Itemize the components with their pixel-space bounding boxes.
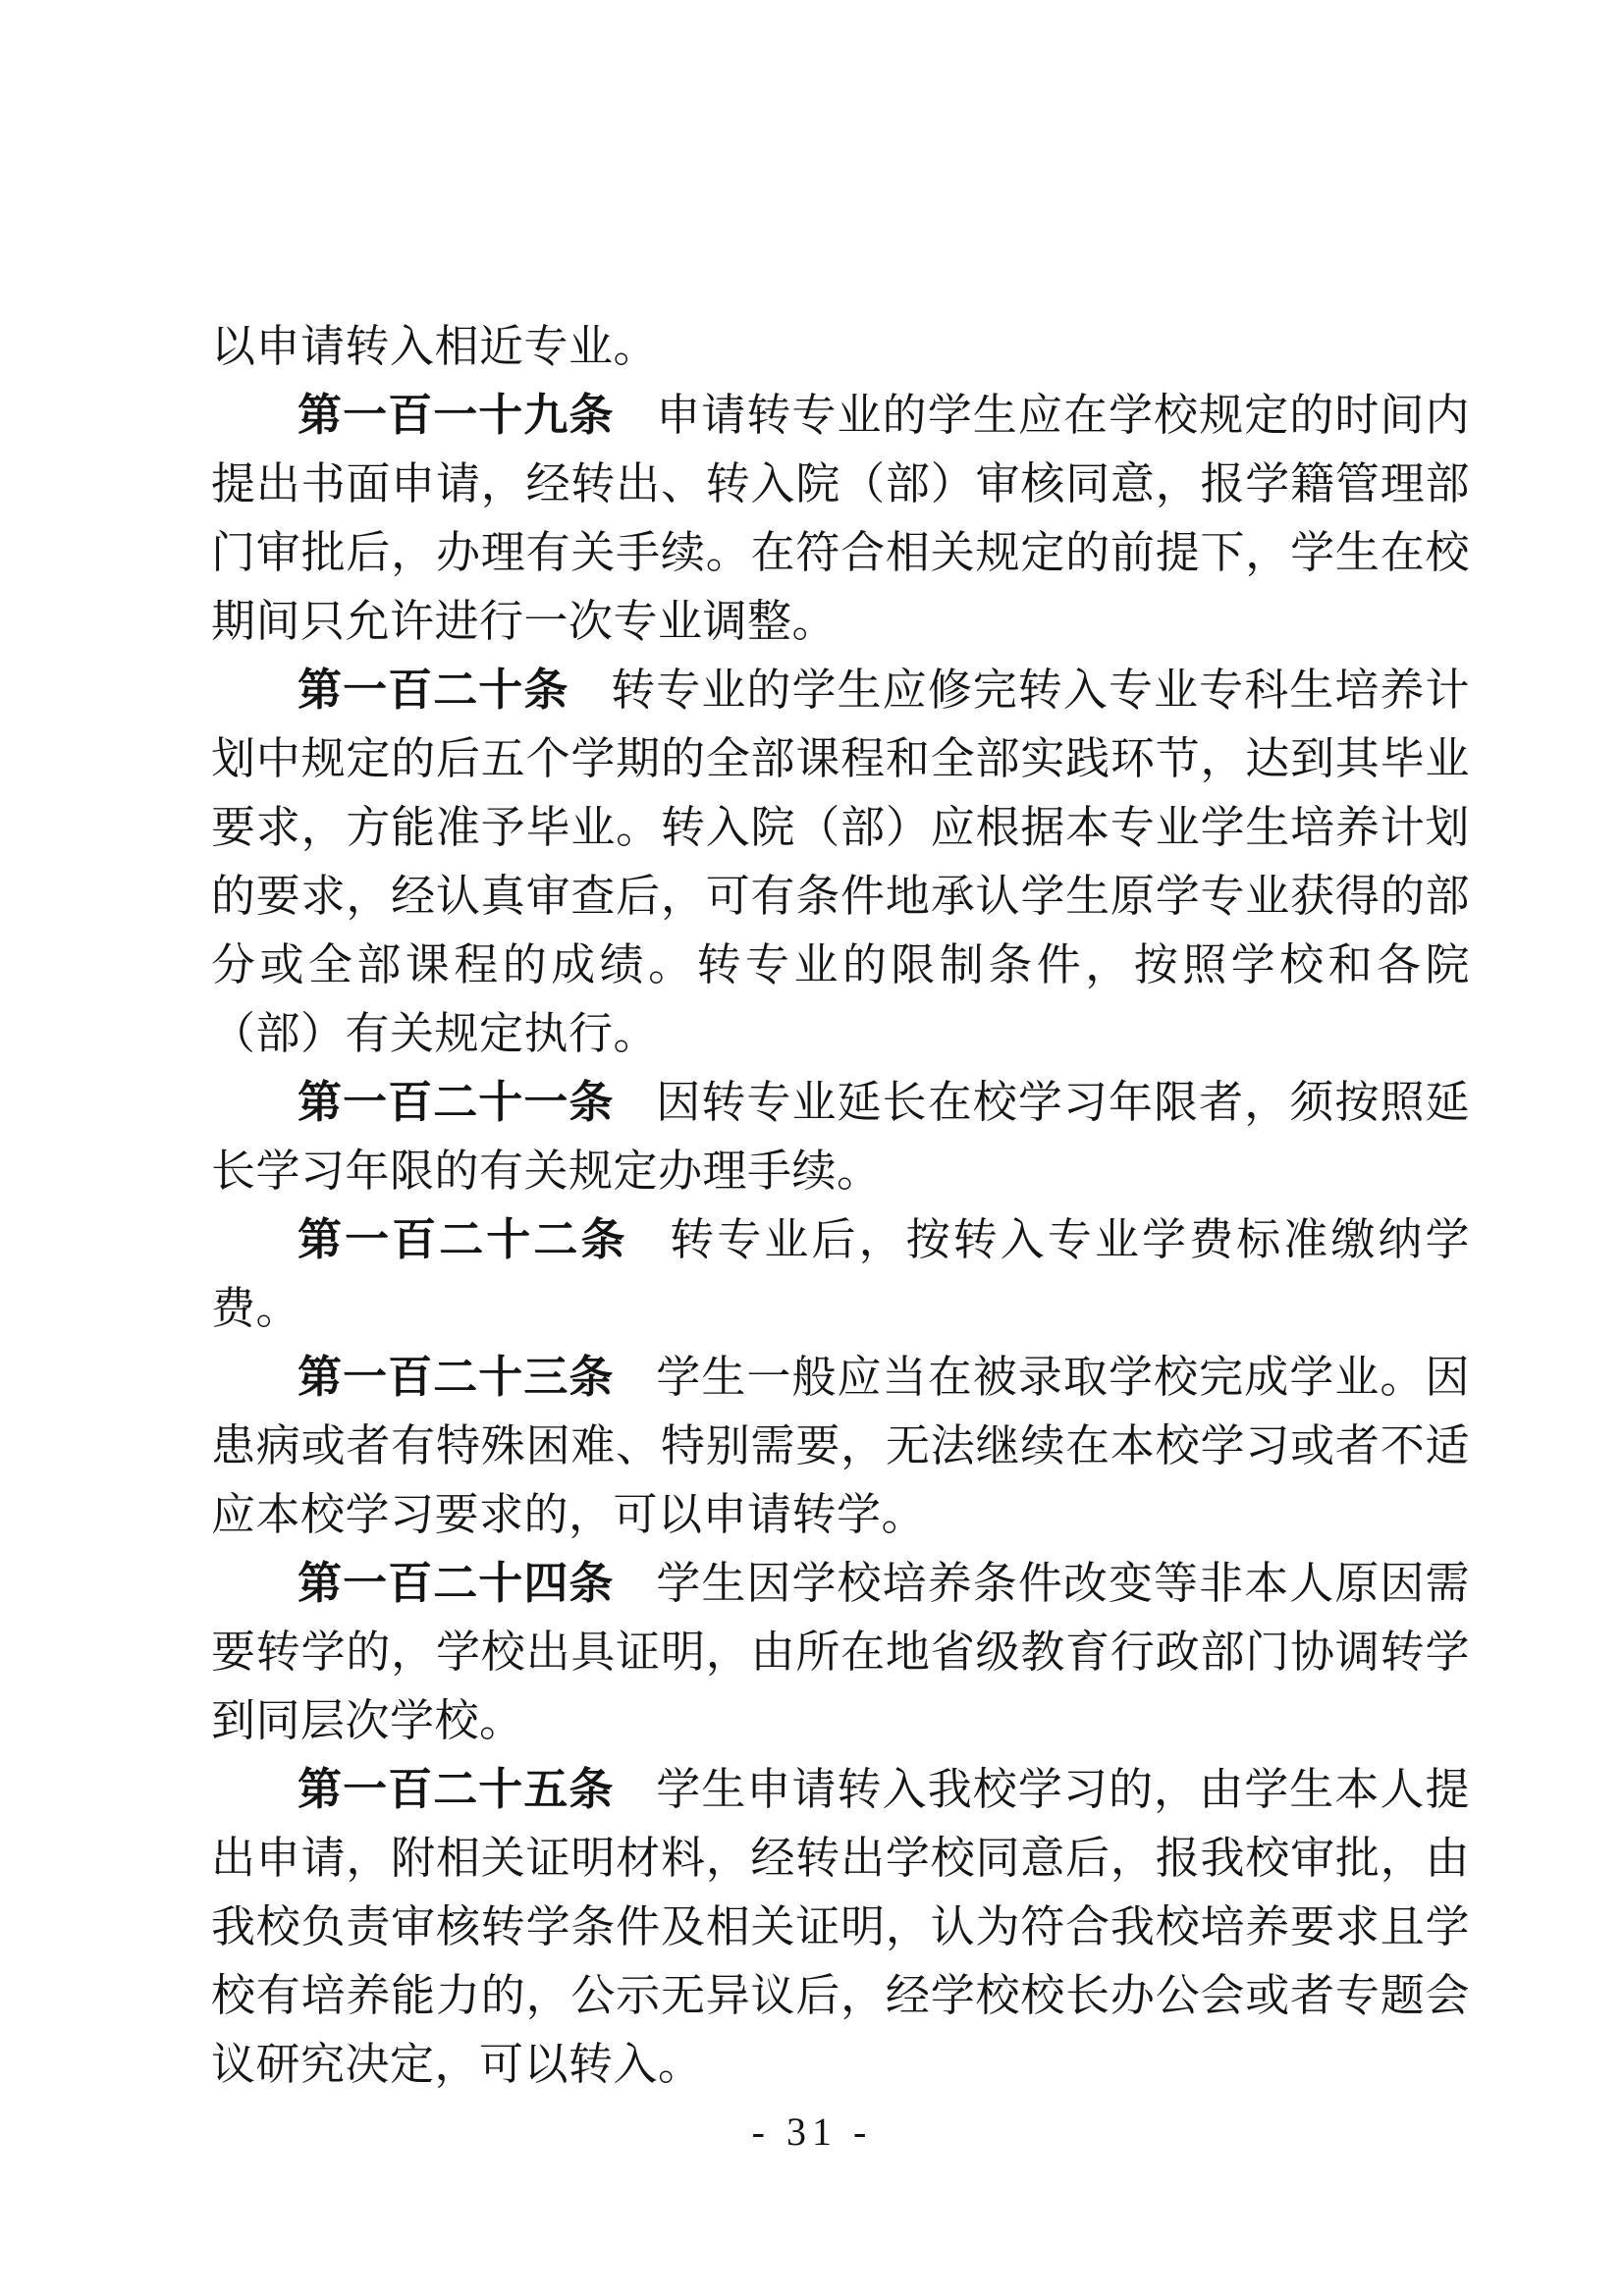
article-paragraph: 第一百二十条转专业的学生应修完转入专业专科生培养计划中规定的后五个学期的全部课程… <box>211 656 1470 1068</box>
document-body: 以申请转入相近专业。第一百一十九条申请转专业的学生应在学校规定的时间内提出书面申… <box>211 312 1470 2099</box>
document-page: 以申请转入相近专业。第一百一十九条申请转专业的学生应在学校规定的时间内提出书面申… <box>0 0 1624 2296</box>
article-text: 以申请转入相近专业。 <box>211 322 658 371</box>
article-text: 转专业的学生应修完转入专业专科生培养计划中规定的后五个学期的全部课程和全部实践环… <box>211 666 1470 1058</box>
article-number: 第一百二十五条 <box>298 1765 615 1814</box>
article-paragraph: 第一百一十九条申请转专业的学生应在学校规定的时间内提出书面申请，经转出、转入院（… <box>211 381 1470 656</box>
article-paragraph: 第一百二十二条转专业后，按转入专业学费标准缴纳学费。 <box>211 1205 1470 1343</box>
article-number: 第一百二十一条 <box>298 1078 615 1127</box>
page-number: - 31 - <box>0 2109 1624 2155</box>
article-paragraph: 第一百二十五条学生申请转入我校学习的，由学生本人提出申请，附相关证明材料，经转出… <box>211 1755 1470 2099</box>
article-number: 第一百二十二条 <box>298 1215 628 1264</box>
article-number: 第一百二十四条 <box>298 1559 615 1608</box>
article-number: 第一百一十九条 <box>298 391 615 440</box>
article-number: 第一百二十三条 <box>298 1353 615 1402</box>
article-paragraph: 第一百二十一条因转专业延长在校学习年限者，须按照延长学习年限的有关规定办理手续。 <box>211 1068 1470 1205</box>
article-paragraph: 第一百二十三条学生一般应当在被录取学校完成学业。因患病或者有特殊困难、特别需要，… <box>211 1343 1470 1549</box>
article-paragraph: 第一百二十四条学生因学校培养条件改变等非本人原因需要转学的，学校出具证明，由所在… <box>211 1549 1470 1755</box>
continuation-paragraph: 以申请转入相近专业。 <box>211 312 1470 381</box>
article-number: 第一百二十条 <box>298 666 568 715</box>
